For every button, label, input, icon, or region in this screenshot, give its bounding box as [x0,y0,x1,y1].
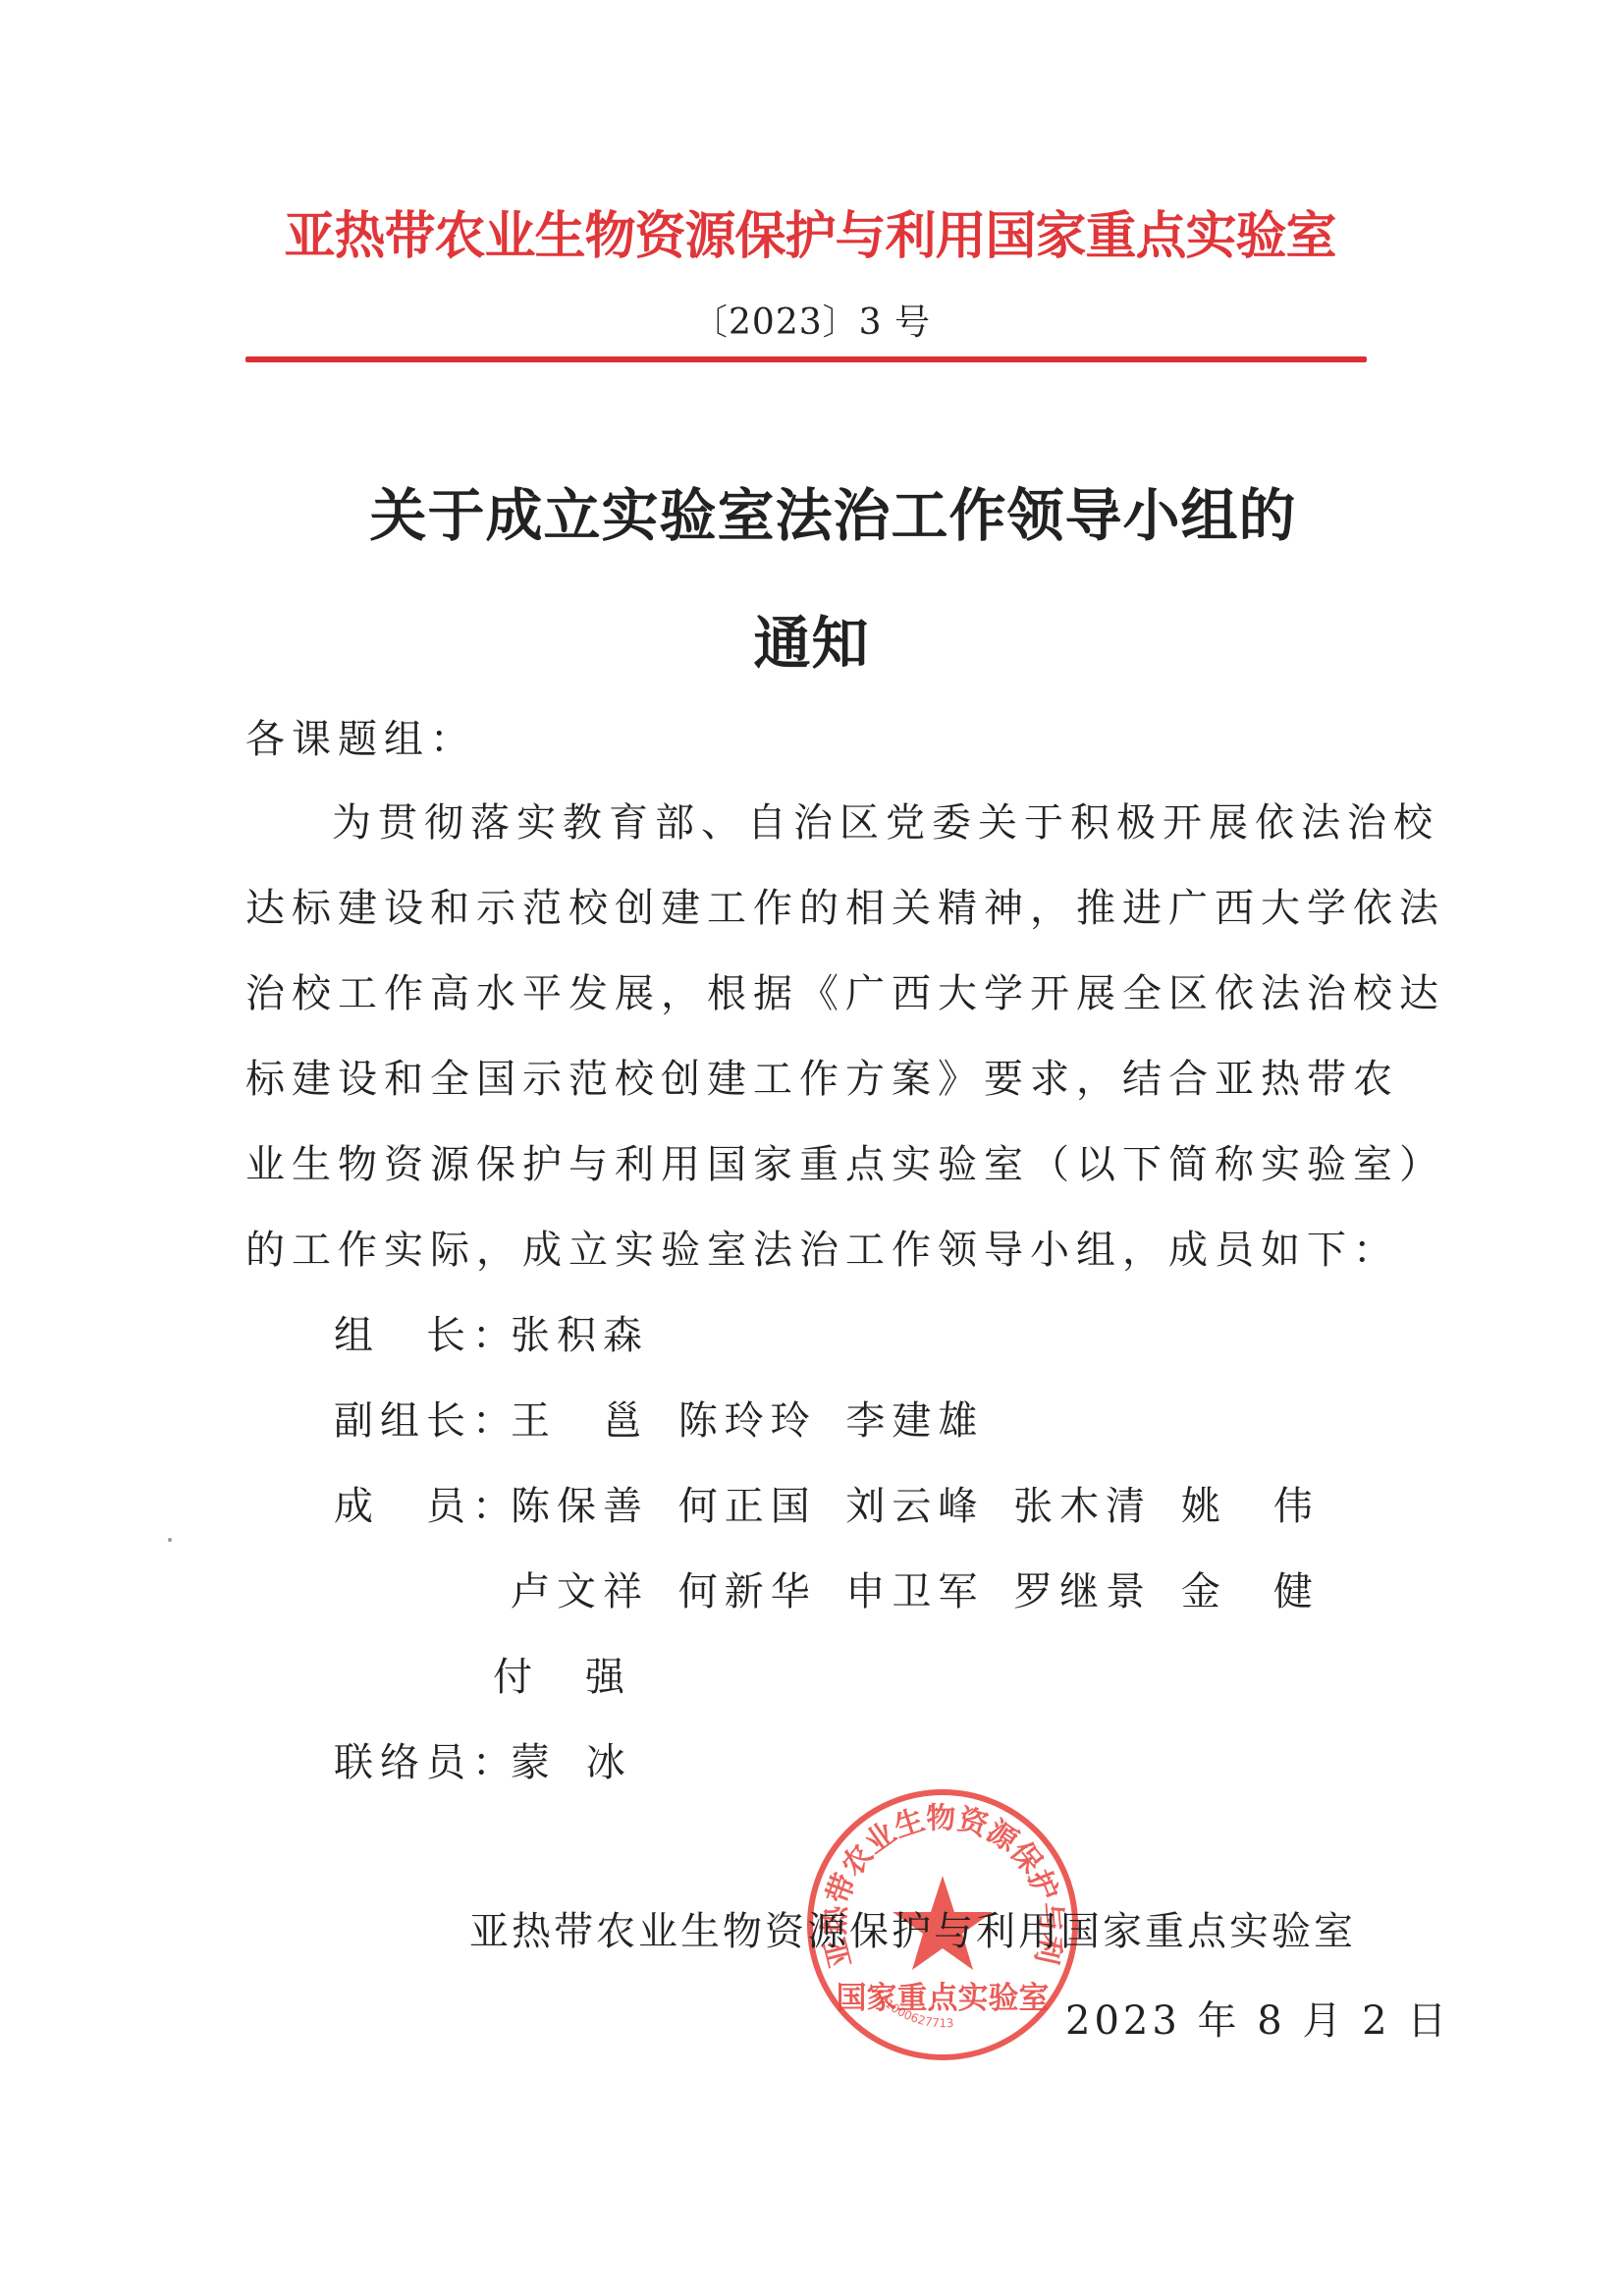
signature-organization: 亚热带农业生物资源保护与利用国家重点实验室 [469,1912,1356,1951]
salutation: 各课题组： [245,720,476,759]
deputy-label: 副组长： [334,1401,518,1441]
liaison-label: 联络员： [334,1743,518,1782]
members-names-line-2: 卢文祥 何新华 申卫军 罗继景 金 健 [511,1572,1320,1612]
body-line: 治校工作高水平发展，根据《广西大学开展全区依法治校达 [245,974,1445,1013]
document-title-line-1: 关于成立实验室法治工作领导小组的 [22,469,1623,552]
red-divider [245,356,1367,362]
body-line: 业生物资源保护与利用国家重点实验室（以下简称实验室） [245,1145,1445,1184]
svg-text:国家重点实验室: 国家重点实验室 [837,1981,1050,2016]
leader-label: 组 长： [334,1316,518,1355]
deputy-names: 王 邕 陈玲玲 李建雄 [511,1401,984,1441]
leader-names: 张积森 [511,1316,649,1355]
document-page: 亚热带农业生物资源保护与利用国家重点实验室 〔2023〕3 号 关于成立实验室法… [0,0,1623,2296]
body-line: 达标建设和示范校创建工作的相关精神，推进广西大学依法 [245,889,1445,928]
members-label: 成 员： [334,1487,518,1526]
document-number: 〔2023〕3 号 [0,295,1623,345]
members-names-line-1: 陈保善 何正国 刘云峰 张木清 姚 伟 [511,1487,1320,1526]
signature-date: 2023 年 8 月 2 日 [1065,2001,1450,2041]
liaison-names: 蒙 冰 [511,1743,632,1782]
organization-header: 亚热带农业生物资源保护与利用国家重点实验室 [245,194,1375,268]
members-names-line-3: 付 强 [493,1658,631,1697]
scan-artifact [168,1538,172,1542]
document-title-line-2: 通知 [0,597,1623,680]
body-line: 标建设和全国示范校创建工作方案》要求，结合亚热带农 [245,1060,1399,1099]
body-line: 为贯彻落实教育部、自治区党委关于积极开展依法治校 [332,803,1439,843]
body-line: 的工作实际，成立实验室法治工作领导小组，成员如下： [245,1230,1399,1270]
